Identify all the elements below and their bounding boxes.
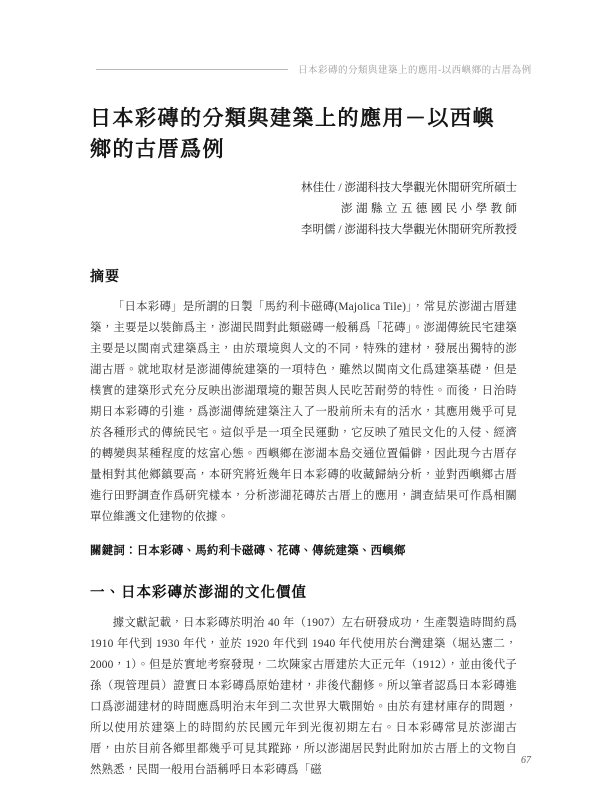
author-line: 林佳仕 / 澎湖科技大學觀光休閒研究所碩士 [90,178,517,199]
author-affiliation-line: 澎湖縣立五德國民小學教師 [90,199,520,220]
author-line: 李明儒 / 澎湖科技大學觀光休閒研究所教授 [90,220,517,241]
section-1-heading: 一、日本彩磚於澎湖的文化價值 [90,581,517,602]
article-title: 日本彩磚的分類與建築上的應用－以西嶼鄉的古厝爲例 [90,103,517,165]
running-header-title: 日本彩磚的分類與建築上的應用-以西嶼鄉的古厝為例 [298,62,532,76]
abstract-paragraph: 「日本彩磚」是所謂的日製「馬約利卡磁磚(Majolica Tile)」，常見於澎… [90,297,517,528]
keywords-line: 關鍵詞：日本彩磚、馬約利卡磁磚、花磚、傳統建築、西嶼鄉 [90,542,517,558]
section-1-paragraph: 據文獻記載，日本彩磚於明治 40 年（1907）左右研發成功，生產製造時間約爲 … [90,613,517,781]
running-header: 日本彩磚的分類與建築上的應用-以西嶼鄉的古厝為例 [90,62,517,76]
document-page: 日本彩磚的分類與建築上的應用-以西嶼鄉的古厝為例 日本彩磚的分類與建築上的應用－… [0,0,600,800]
header-rule [96,69,288,70]
abstract-heading: 摘要 [90,266,517,286]
page-number: 67 [521,755,531,766]
author-block: 林佳仕 / 澎湖科技大學觀光休閒研究所碩士 澎湖縣立五德國民小學教師 李明儒 /… [90,178,517,241]
